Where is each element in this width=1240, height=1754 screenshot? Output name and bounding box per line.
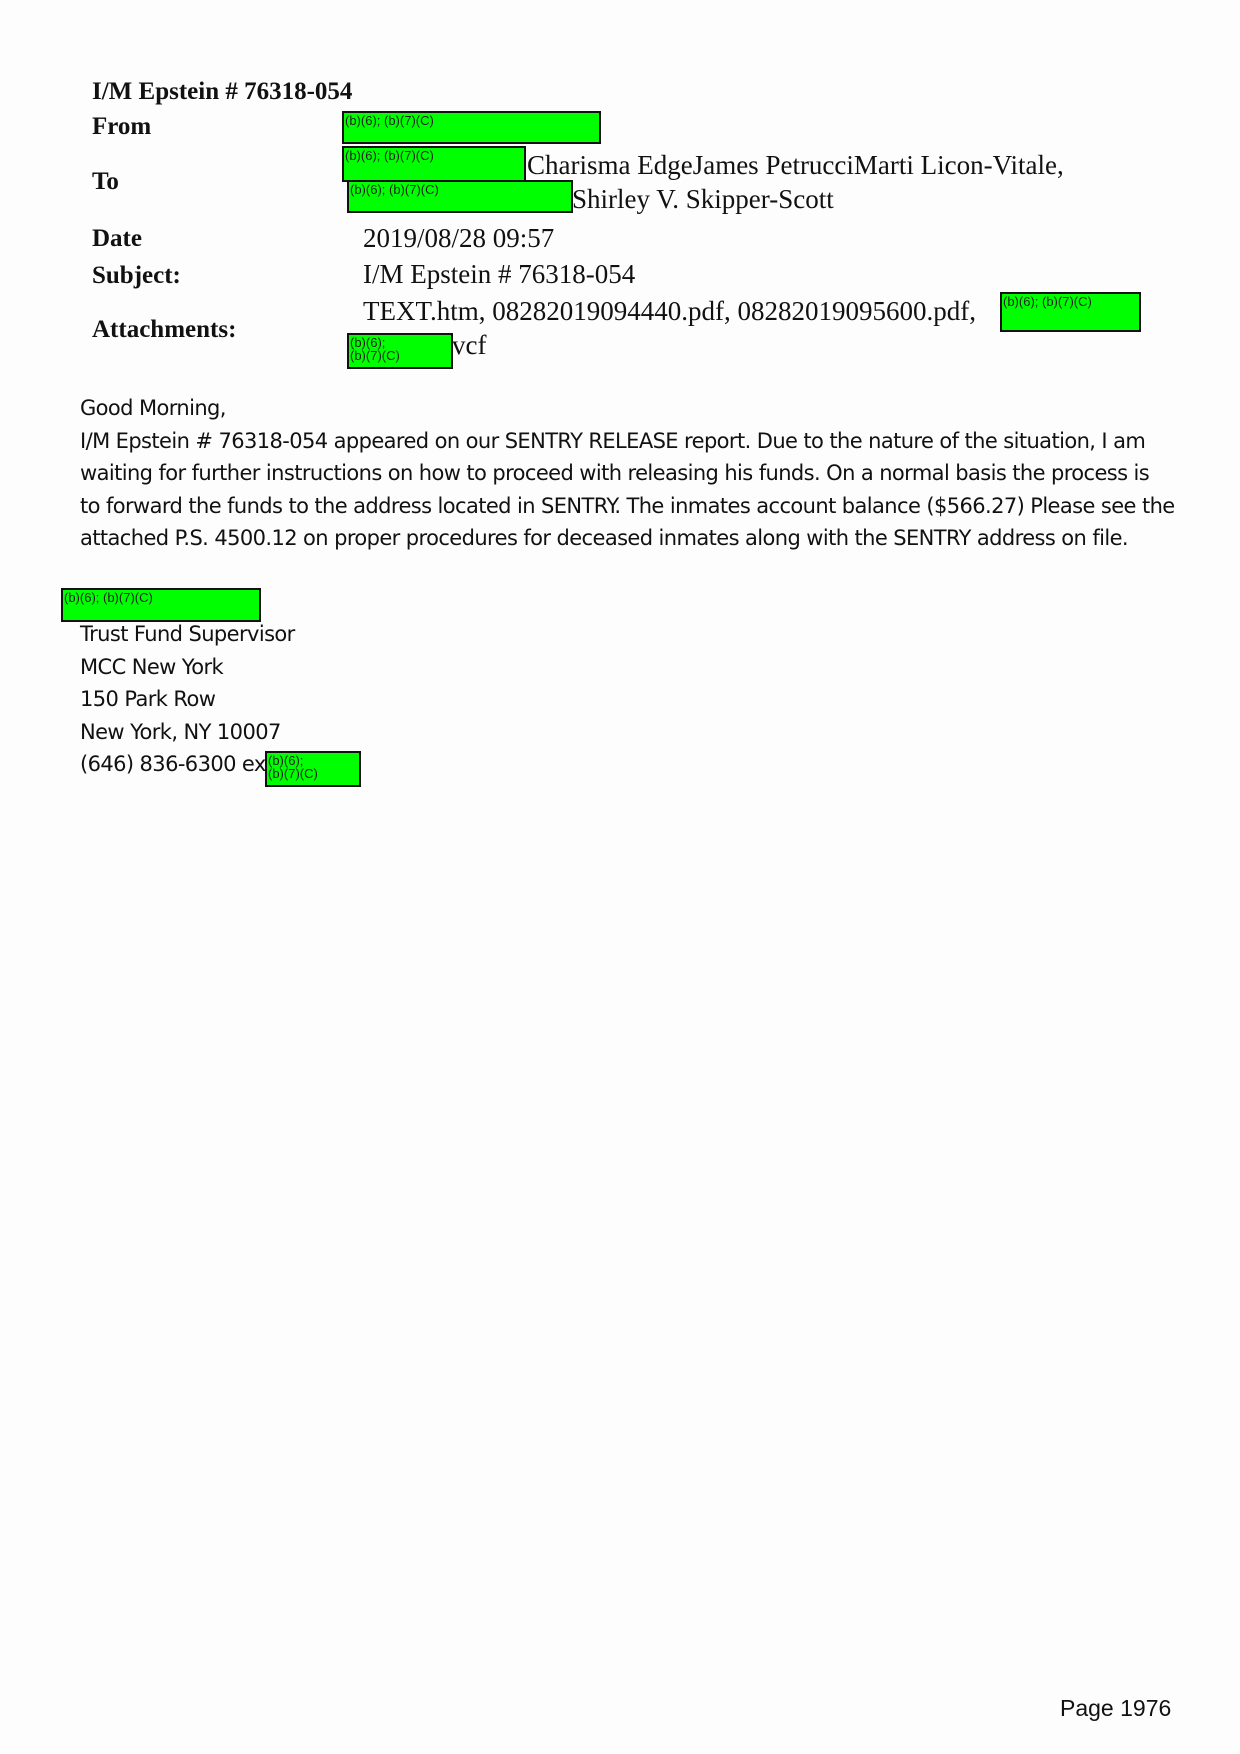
signature-org: MCC New York	[80, 651, 295, 684]
body-line-2: waiting for further instructions on how …	[80, 457, 1175, 490]
redaction-attachment-2: (b)(6); (b)(7)(C)	[347, 333, 453, 369]
attachments-list-line1[interactable]: TEXT.htm, 08282019094440.pdf, 0828201909…	[363, 296, 976, 327]
body-line-3: to forward the funds to the address loca…	[80, 490, 1175, 523]
email-body: Good Morning, I/M Epstein # 76318-054 ap…	[80, 392, 1175, 555]
redaction-to-1: (b)(6); (b)(7)(C)	[342, 146, 526, 182]
subject-label: Subject:	[92, 262, 181, 290]
redaction-phone-extension: (b)(6); (b)(7)(C)	[265, 751, 361, 787]
email-title: I/M Epstein # 76318-054	[92, 78, 352, 106]
redaction-signature-name: (b)(6); (b)(7)(C)	[61, 588, 261, 622]
signature-street: 150 Park Row	[80, 683, 295, 716]
body-line-1: I/M Epstein # 76318-054 appeared on our …	[80, 425, 1175, 458]
attachments-list-line2[interactable]: vcf	[452, 330, 486, 361]
body-line-4: attached P.S. 4500.12 on proper procedur…	[80, 522, 1175, 555]
redaction-from: (b)(6); (b)(7)(C)	[342, 111, 601, 144]
signature-city: New York, NY 10007	[80, 716, 295, 749]
redaction-code-part-2: (b)(7)(C)	[268, 767, 358, 780]
redaction-code-part-2: (b)(7)(C)	[350, 349, 450, 362]
signature-block: Trust Fund Supervisor MCC New York 150 P…	[80, 618, 295, 781]
redaction-attachment-1: (b)(6); (b)(7)(C)	[1000, 292, 1141, 332]
subject-value: I/M Epstein # 76318-054	[363, 259, 635, 290]
to-recipients-line1: Charisma EdgeJames PetrucciMarti Licon-V…	[527, 150, 1064, 181]
date-value: 2019/08/28 09:57	[363, 223, 554, 254]
date-label: Date	[92, 225, 142, 253]
redaction-to-2: (b)(6); (b)(7)(C)	[347, 180, 573, 213]
to-label: To	[92, 168, 119, 196]
from-label: From	[92, 113, 151, 141]
attachments-label: Attachments:	[92, 316, 236, 344]
signature-title: Trust Fund Supervisor	[80, 618, 295, 651]
greeting: Good Morning,	[80, 392, 1175, 425]
page-number: Page 1976	[1060, 1695, 1171, 1722]
to-recipients-line2: Shirley V. Skipper-Scott	[572, 184, 834, 215]
signature-phone: (646) 836-6300 ex	[80, 748, 295, 781]
